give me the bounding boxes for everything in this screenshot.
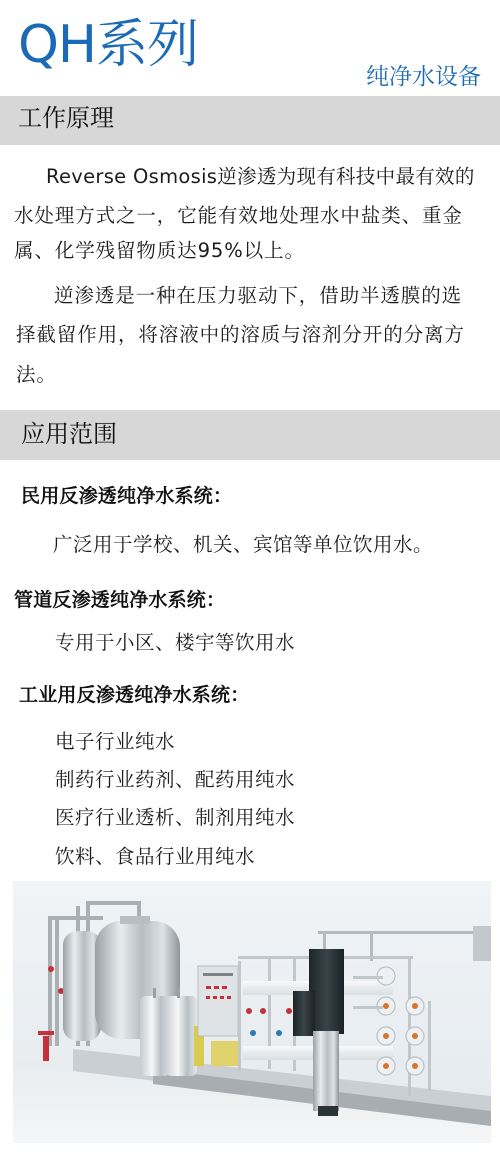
- list-item: 制药行业药剂、配药用纯水: [55, 767, 295, 793]
- section-bar-application-scope: 应用范围: [0, 410, 500, 460]
- list-item: 专用于小区、楼宇等饮用水: [55, 630, 295, 656]
- list-item: 饮料、食品行业用纯水: [55, 844, 255, 870]
- group-title-pipeline: 管道反渗透纯净水系统：: [14, 587, 225, 613]
- paragraph-line: 属、化学残留物质达95%以上。: [14, 238, 305, 264]
- paragraph-line: Reverse Osmosis逆渗透为现有科技中最有效的: [46, 164, 475, 190]
- list-item: 电子行业纯水: [55, 729, 175, 755]
- paragraph-line: 逆渗透是一种在压力驱动下，借助半透膜的选: [54, 283, 462, 309]
- equipment-photo: [13, 881, 491, 1143]
- list-item: 广泛用于学校、机关、宾馆等单位饮用水。: [53, 532, 433, 558]
- page-subtitle: 纯净水设备: [366, 62, 481, 92]
- section-heading: 应用范围: [21, 419, 117, 449]
- paragraph-line: 水处理方式之一，它能有效地处理水中盐类、重金: [14, 203, 463, 229]
- paragraph-line: 法。: [16, 362, 57, 388]
- ro-equipment-illustration: [13, 881, 491, 1143]
- section-heading: 工作原理: [18, 103, 114, 133]
- group-title-civil: 民用反渗透纯净水系统：: [21, 483, 232, 509]
- list-item: 医疗行业透析、制剂用纯水: [55, 805, 295, 831]
- group-title-industrial: 工业用反渗透纯净水系统：: [19, 682, 249, 708]
- paragraph-line: 择截留作用，将溶液中的溶质与溶剂分开的分离方: [16, 322, 465, 348]
- section-bar-working-principle: 工作原理: [0, 96, 500, 145]
- page-title: QH系列: [18, 14, 198, 76]
